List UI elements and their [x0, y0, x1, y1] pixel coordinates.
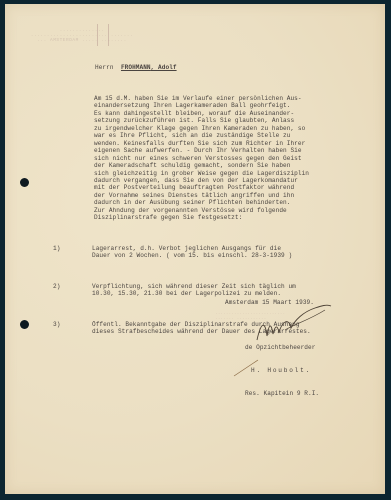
penalty-number: 1)	[53, 245, 92, 259]
stamp-mark	[97, 24, 109, 46]
penalty-item-2: 2) Verpflichtung, sich während dieser Ze…	[53, 283, 311, 297]
penalty-number: 3)	[53, 321, 92, 335]
body-line: wenden. Keinesfalls durften Sie sich zum…	[94, 140, 309, 147]
body-line: der Vornahme seines Dienstes tätlich ang…	[94, 192, 309, 199]
body-paragraph: Am 15 d.M. haben Sie im Verlaufe einer p…	[94, 95, 309, 222]
faded-letterhead-stamp: .............. ........................ …	[27, 18, 137, 48]
penalty-line: Verpflichtung, sich während dieser Zeit …	[92, 283, 296, 290]
body-line: der Kameradschaft schuldig gemacht, sond…	[94, 162, 309, 169]
penalty-line: 10.30, 15.30, 21.30 bei der Lagerpolizei…	[92, 290, 296, 297]
addressee-surname: FROHMANN	[121, 64, 151, 71]
body-line: eigenen Sache aufwerfen. - Durch Ihr Ver…	[94, 147, 309, 154]
penalty-number: 2)	[53, 283, 92, 297]
penalty-line: Dauer von 2 Wochen. ( vom 15. bis einsch…	[92, 252, 292, 259]
addressee: Herrn FROHMANN, Adolf	[95, 64, 177, 71]
body-line: dadurch vergangen, dass Sie den von der …	[94, 177, 309, 184]
body-line: mit der Postverteilung beauftragten Post…	[94, 184, 309, 191]
penalty-line: Lagerarrest, d.h. Verbot jeglichen Ausga…	[92, 245, 292, 252]
body-line: Es kann dahingestellt bleiben, worauf di…	[94, 110, 309, 117]
body-line: setzung zurückzuführen ist. Falls Sie gl…	[94, 117, 309, 124]
pencil-mark	[232, 358, 262, 378]
salutation: Herrn	[95, 64, 114, 71]
penalty-item-1: 1) Lagerarrest, d.h. Verbot jeglichen Au…	[53, 245, 311, 259]
body-line: einandersetzung Ihren Lagerkameraden Bal…	[94, 102, 309, 109]
body-line: Am 15 d.M. haben Sie im Verlaufe einer p…	[94, 95, 309, 102]
body-line: sich gleichzeitig in grober Weise gegen …	[94, 170, 309, 177]
body-line: war es Ihre Pflicht, sich an die zuständ…	[94, 132, 309, 139]
punch-hole-bottom	[20, 320, 29, 329]
body-line: zu irgendwelcher Klage gegen Ihren Kamer…	[94, 125, 309, 132]
signatory-rank: Res. Kapitein 9 R.I.	[245, 390, 319, 398]
body-line: Disziplinarstrafe gegen Sie festgesetzt:	[94, 214, 309, 221]
body-line: dadurch in der Ausübung seiner Pflichten…	[94, 199, 309, 206]
body-line: sich nicht nur eines schweren Verstosses…	[94, 155, 309, 162]
addressee-given-name: , Adolf	[151, 64, 177, 71]
signatory-title: de Opzichtbeheerder	[245, 344, 319, 352]
punch-hole-top	[20, 178, 29, 187]
body-line: Zur Ahndung der vorgenannten Verstösse w…	[94, 207, 309, 214]
